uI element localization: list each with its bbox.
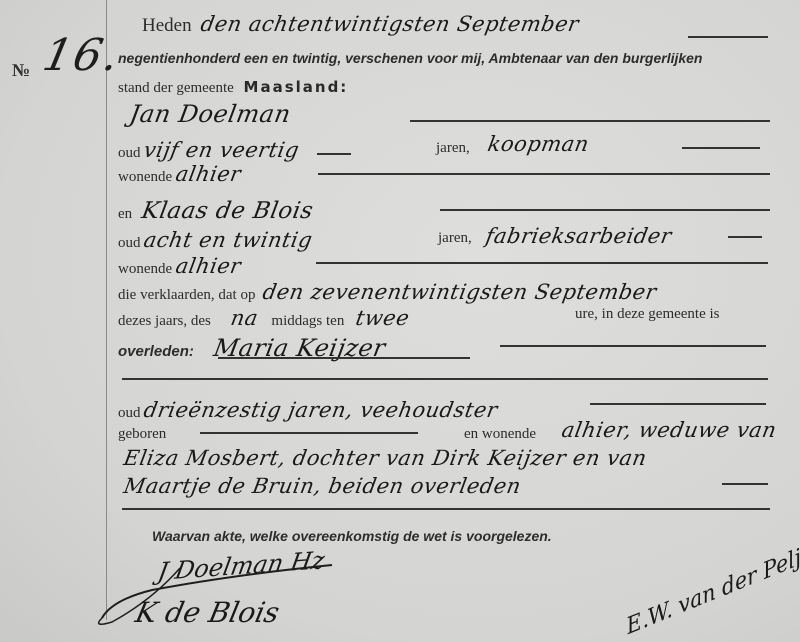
fill-line xyxy=(722,483,768,485)
resides-label: en wonende xyxy=(464,426,536,443)
birth-line: geboren xyxy=(118,426,166,443)
fill-line xyxy=(728,236,762,238)
fill-line xyxy=(410,120,770,122)
witness2-age-line: oud acht en twintig xyxy=(118,228,313,252)
underline xyxy=(218,357,470,359)
middag-label: middags ten xyxy=(271,313,344,329)
years-label: jaren, xyxy=(438,230,472,247)
witness1-name-line: Jan Doelman xyxy=(130,100,291,128)
record-number-label: № xyxy=(12,60,30,81)
margin-rule xyxy=(106,0,107,620)
part-of-day: na xyxy=(229,306,260,330)
declaration-line: die verklaarden, dat op den zevenentwint… xyxy=(118,280,657,304)
fill-line xyxy=(500,345,766,347)
death-date: den zevenentwintigsten September xyxy=(261,280,659,304)
year-label: dezes jaars, des xyxy=(118,313,211,329)
signature-registrar: E.W. van der Pelj xyxy=(625,545,800,641)
residence-label: wonende xyxy=(118,261,172,277)
fill-line xyxy=(316,262,768,264)
witness2-name-line: en Klaas de Blois xyxy=(118,198,313,224)
intro-line: Heden den achtentwintigsten September xyxy=(142,12,579,37)
fill-line xyxy=(688,36,768,38)
witness2-residence-line: wonende alhier xyxy=(118,254,241,278)
witness1-age: vijf en veertig xyxy=(142,138,301,162)
record-number: 16. xyxy=(39,30,126,81)
parents-line-b: Maartje de Bruin, beiden overleden xyxy=(124,474,521,498)
age-label: oud xyxy=(118,405,141,421)
year-text: negentienhonderd een en twintig, versche… xyxy=(118,50,703,66)
intro-line-2: negentienhonderd een en twintig, versche… xyxy=(118,50,703,68)
declared-label: die verklaarden, dat op xyxy=(118,287,255,303)
witness1-occupation: koopman xyxy=(486,132,591,156)
deceased-residence: alhier, weduwe van xyxy=(560,418,779,442)
registration-date: den achtentwintigsten September xyxy=(199,12,581,36)
municipality-line: stand der gemeente Maasland: xyxy=(118,78,348,97)
death-hour: twee xyxy=(354,306,412,330)
deceased-age-occupation: drieënzestig jaren, veehoudster xyxy=(142,398,500,422)
witness1-name: Jan Doelman xyxy=(128,100,294,128)
parents-text-b: Maartje de Bruin, beiden overleden xyxy=(122,474,523,498)
witness2-name: Klaas de Blois xyxy=(140,198,316,224)
deceased-age-line: oud drieënzestig jaren, veehoudster xyxy=(118,398,498,422)
fill-line xyxy=(318,173,770,175)
fill-line xyxy=(200,432,418,434)
witness2-residence: alhier xyxy=(174,254,243,278)
stand-label: stand der gemeente xyxy=(118,80,234,96)
closing-text: Waarvan akte, welke overeenkomstig de we… xyxy=(152,528,552,544)
overleden-label: overleden: xyxy=(118,343,194,360)
witness1-age-line: oud vijf en veertig xyxy=(118,138,351,162)
municipality-name: Maasland: xyxy=(244,78,349,96)
time-line: dezes jaars, des na middags ten twee xyxy=(118,306,409,330)
hour-suffix: ure, in deze gemeente is xyxy=(575,306,720,323)
fill-line xyxy=(122,508,770,510)
parents-line-a: Eliza Mosbert, dochter van Dirk Keijzer … xyxy=(124,446,647,470)
dash xyxy=(317,153,351,155)
fill-line xyxy=(590,403,766,405)
fill-line xyxy=(440,209,770,211)
witness2-occupation: fabrieksarbeider xyxy=(484,224,674,248)
witness2-age: acht en twintig xyxy=(142,228,315,252)
age-label: oud xyxy=(118,145,141,161)
born-label: geboren xyxy=(118,426,166,442)
fill-line xyxy=(122,378,768,380)
years-label: jaren, xyxy=(436,140,470,157)
heden-label: Heden xyxy=(142,15,192,36)
witness1-residence: alhier xyxy=(174,162,243,186)
en-label: en xyxy=(118,206,132,222)
fill-line xyxy=(682,147,760,149)
witness1-residence-line: wonende alhier xyxy=(118,162,241,186)
signature-witness2: K de Blois xyxy=(132,596,282,629)
residence-label: wonende xyxy=(118,169,172,185)
parents-text-a: Eliza Mosbert, dochter van Dirk Keijzer … xyxy=(122,446,649,470)
age-label: oud xyxy=(118,235,141,251)
